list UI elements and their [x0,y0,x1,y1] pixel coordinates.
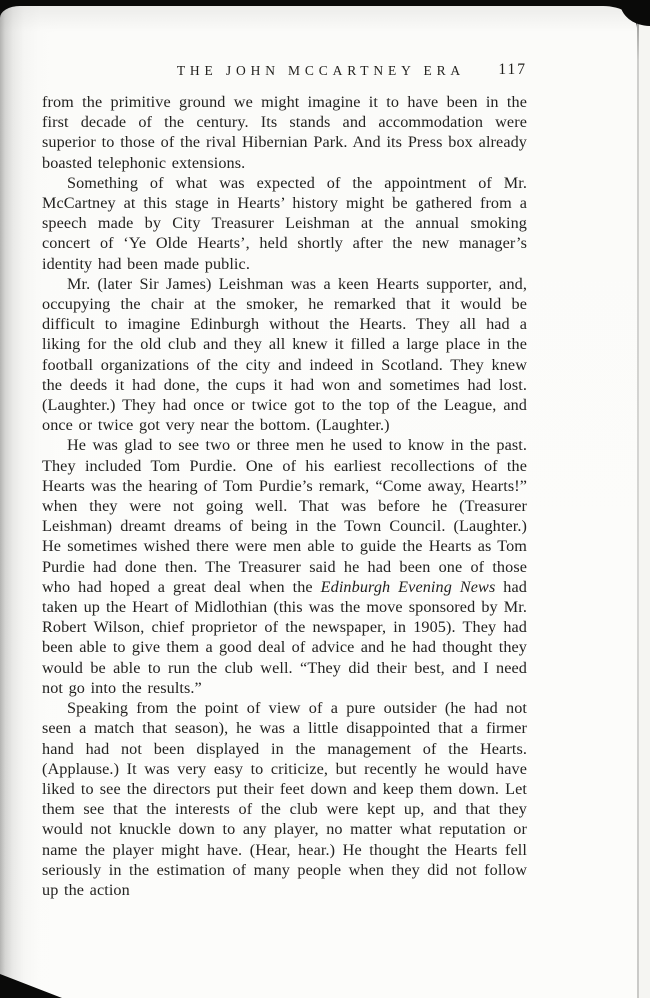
text-run: from the primitive ground we might imagi… [42,93,527,172]
body-text: from the primitive ground we might imagi… [42,92,527,900]
text-run: He was glad to see two or three men he u… [42,436,527,595]
paragraph: from the primitive ground we might imagi… [42,92,527,173]
page-sheet: THE JOHN MCCARTNEY ERA 117 from the prim… [0,6,637,998]
paragraph: Mr. (later Sir James) Leishman was a kee… [42,274,527,436]
text-run: Speaking from the point of view of a pur… [42,699,527,899]
paragraph: Speaking from the point of view of a pur… [42,698,527,900]
paragraph: He was glad to see two or three men he u… [42,435,527,698]
page-edge-line [637,20,639,998]
page-number: 117 [42,61,527,79]
text-run: Mr. (later Sir James) Leishman was a kee… [42,275,527,434]
paragraph: Something of what was expected of the ap… [42,173,527,274]
italic-run: Edinburgh Evening News [321,578,496,596]
book-page-scan: THE JOHN MCCARTNEY ERA 117 from the prim… [0,0,650,998]
text-run: Something of what was expected of the ap… [42,174,527,273]
